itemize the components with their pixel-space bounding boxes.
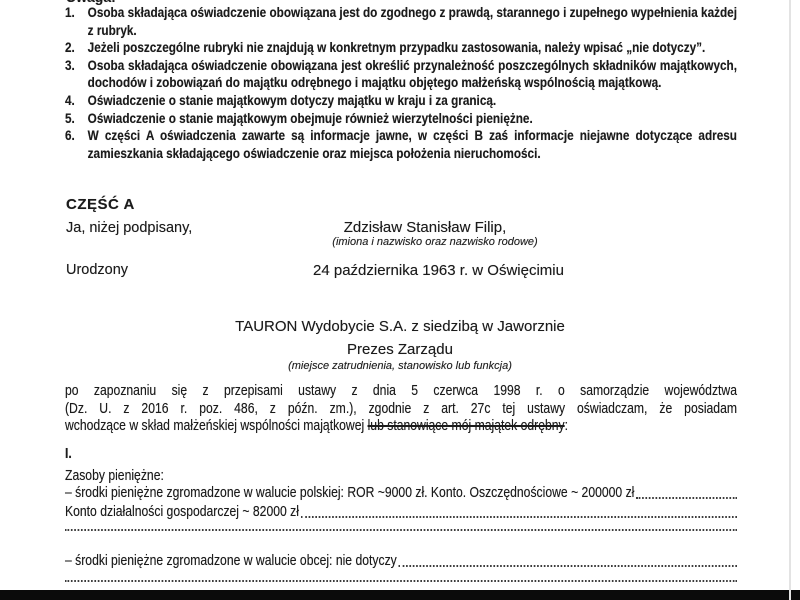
part-a-heading: CZĘŚĆ A bbox=[66, 196, 135, 213]
section-i-subheading: Zasoby pieniężne: bbox=[65, 468, 737, 484]
scan-edge-black-bar bbox=[0, 590, 800, 600]
employer-caption: (miejsce zatrudnienia, stanowisko lub fu… bbox=[100, 360, 700, 372]
legal-line-3-colon: : bbox=[565, 418, 568, 434]
note-text: Jeżeli poszczególne rubryki nie znajdują… bbox=[88, 39, 737, 57]
note-text: Oświadczenie o stanie majątkowym dotyczy… bbox=[88, 92, 737, 110]
struck-phrase: lub stanowiące mój majątek odrębny bbox=[368, 418, 565, 434]
instruction-notes-list: 1. Osoba składająca oświadczenie obowiąz… bbox=[65, 4, 737, 162]
note-item-6: 6. W części A oświadczenia zawarte są in… bbox=[65, 127, 737, 162]
dotted-leader bbox=[398, 552, 737, 567]
employer-block: TAURON Wydobycie S.A. z siedzibą w Jawor… bbox=[100, 318, 700, 372]
dotted-leader bbox=[636, 484, 737, 499]
section-i: I. Zasoby pieniężne: – środki pieniężne … bbox=[65, 445, 737, 582]
dotted-leader bbox=[301, 503, 737, 518]
legal-line-1: po zapoznaniu się z przepisami ustawy z … bbox=[65, 383, 737, 401]
section-i-heading: I. bbox=[65, 445, 737, 463]
note-text: Osoba składająca oświadczenie obowiązana… bbox=[88, 57, 737, 92]
dotted-fill-line bbox=[65, 580, 737, 582]
note-number: 5. bbox=[65, 110, 88, 128]
legal-paragraph: po zapoznaniu się z przepisami ustawy z … bbox=[65, 383, 737, 436]
scanned-declaration-page: Uwaga: 1. Osoba składająca oświadczenie … bbox=[0, 0, 800, 600]
declarant-name-caption: (imiona i nazwisko oraz nazwisko rodowe) bbox=[285, 236, 585, 248]
note-text: W części A oświadczenia zawarte są infor… bbox=[88, 127, 737, 162]
note-number: 6. bbox=[65, 127, 88, 162]
note-item-1: 1. Osoba składająca oświadczenie obowiąz… bbox=[65, 4, 737, 39]
pln-funds-line: – środki pieniężne zgromadzone w walucie… bbox=[65, 484, 737, 503]
employer-name: TAURON Wydobycie S.A. z siedzibą w Jawor… bbox=[100, 318, 700, 336]
legal-line-2: (Dz. U. z 2016 r. poz. 486, z późn. zm.)… bbox=[65, 401, 737, 419]
note-item-2: 2. Jeżeli poszczególne rubryki nie znajd… bbox=[65, 39, 737, 57]
legal-line-3: wchodzące w skład małżeńskiej wspólności… bbox=[65, 418, 737, 436]
pln-funds-text: – środki pieniężne zgromadzone w walucie… bbox=[65, 484, 634, 503]
legal-line-3-text: wchodzące w skład małżeńskiej wspólności… bbox=[65, 418, 368, 434]
pln-funds-continuation-line: Konto działalności gospodarczej ~ 82000 … bbox=[65, 503, 737, 522]
note-text: Oświadczenie o stanie majątkowym obejmuj… bbox=[88, 110, 737, 128]
note-item-3: 3. Osoba składająca oświadczenie obowiąz… bbox=[65, 57, 737, 92]
note-text: Osoba składająca oświadczenie obowiązana… bbox=[88, 4, 737, 39]
born-label: Urodzony bbox=[66, 262, 128, 278]
note-number: 1. bbox=[65, 4, 88, 39]
note-item-4: 4. Oświadczenie o stanie majątkowym doty… bbox=[65, 92, 737, 110]
note-item-5: 5. Oświadczenie o stanie majątkowym obej… bbox=[65, 110, 737, 128]
note-number: 2. bbox=[65, 39, 88, 57]
foreign-currency-line: – środki pieniężne zgromadzone w walucie… bbox=[65, 552, 737, 571]
declarant-name: Zdzisław Stanisław Filip, bbox=[250, 219, 600, 236]
note-number: 4. bbox=[65, 92, 88, 110]
born-value: 24 października 1963 r. w Oświęcimiu bbox=[313, 262, 564, 279]
foreign-currency-text: – środki pieniężne zgromadzone w walucie… bbox=[65, 552, 397, 571]
note-number: 3. bbox=[65, 57, 88, 92]
dotted-fill-line bbox=[65, 529, 737, 531]
declarant-intro-label: Ja, niżej podpisany, bbox=[66, 220, 192, 236]
employer-position: Prezes Zarządu bbox=[100, 341, 700, 359]
pln-funds-continuation-text: Konto działalności gospodarczej ~ 82000 … bbox=[65, 503, 299, 522]
scanner-right-edge-line bbox=[789, 0, 791, 600]
